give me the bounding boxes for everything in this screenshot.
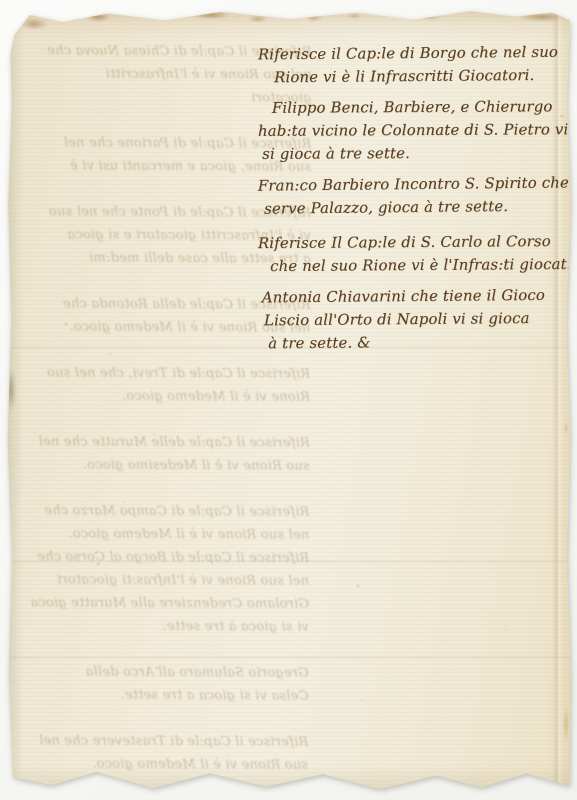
manuscript-line: Filippo Benci, Barbiere, e Chierurgo xyxy=(258,95,570,120)
manuscript-line: si gioca à tre sette. xyxy=(258,141,570,166)
manuscript-line: Fran:co Barbiero Incontro S. Spirito che xyxy=(258,171,570,197)
manuscript-body-text: Riferisce il Cap:le di Borgo che nel suo… xyxy=(258,42,570,362)
paper-surface: Riferisce il Cap:le di Chiesa Nuova chen… xyxy=(6,8,572,792)
manuscript-line: serve Palazzo, gioca à tre sette. xyxy=(258,194,570,220)
manuscript-sheet: Riferisce il Cap:le di Chiesa Nuova chen… xyxy=(6,8,572,792)
horizontal-crease xyxy=(6,656,572,659)
manuscript-line: Riferisce Il Cap:le di S. Carlo al Corso xyxy=(258,230,570,255)
manuscript-paragraph: Riferisce Il Cap:le di S. Carlo al Corso… xyxy=(258,230,570,278)
photo-background: Riferisce il Cap:le di Chiesa Nuova chen… xyxy=(0,0,577,800)
manuscript-line: che nel suo Rione vi è l'Infras:ti gioca… xyxy=(258,253,570,278)
manuscript-line: à tre sette. & xyxy=(258,330,570,356)
manuscript-line: Liscio all'Orto di Napoli vi si gioca xyxy=(258,307,570,333)
manuscript-line: Riferisce il Cap:le di Borgo che nel suo xyxy=(258,41,570,67)
left-edge-stain xyxy=(6,360,18,420)
manuscript-line: Rione vi è li Infrascritti Giocatori. xyxy=(258,64,570,90)
manuscript-line: hab:ta vicino le Colonnate di S. Pietro … xyxy=(258,118,570,143)
manuscript-paragraph: Filippo Benci, Barbiere, e Chierurgohab:… xyxy=(258,95,570,166)
manuscript-line: Antonia Chiavarini che tiene il Gioco xyxy=(258,284,570,310)
manuscript-paragraph: Antonia Chiavarini che tiene il GiocoLis… xyxy=(258,284,571,356)
horizontal-crease xyxy=(6,560,572,563)
manuscript-paragraph: Fran:co Barbiero Incontro S. Spirito che… xyxy=(258,171,570,220)
manuscript-paragraph: Riferisce il Cap:le di Borgo che nel suo… xyxy=(258,41,570,90)
